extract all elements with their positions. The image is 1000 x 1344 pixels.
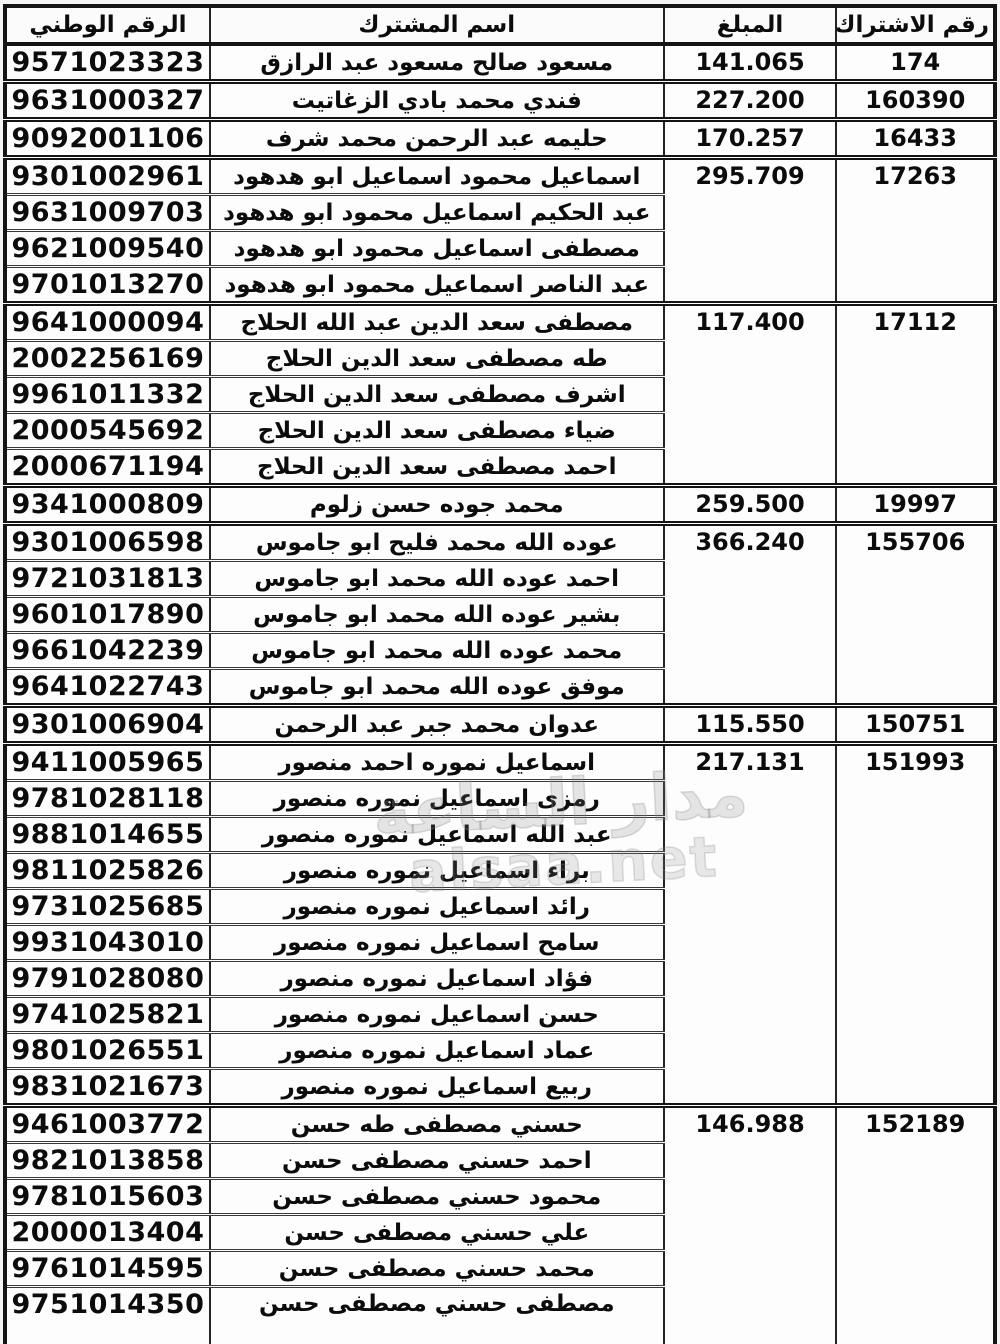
subscriber-name-cell: اشرف مصطفى سعد الدين الحلاج [210, 377, 664, 413]
member-row: 151993217.131اسماعيل نموره احمد منصور941… [5, 744, 995, 781]
national-id-cell: 2002256169 [5, 341, 210, 377]
amount-cell: 217.131 [664, 744, 837, 1106]
subscriber-name-cell: حسني مصطفى طه حسن [210, 1106, 664, 1143]
subscription-no-cell: 152189 [836, 1106, 995, 1344]
subscriber-name-cell: مسعود صالح مسعود عبد الرازق [210, 44, 664, 82]
subscriber-name-cell: محمود حسني مصطفى حسن [210, 1179, 664, 1215]
national-id-cell: 9811025826 [5, 853, 210, 889]
subscriber-name-cell: مصطفى حسني مصطفى حسن [210, 1287, 664, 1344]
subscription-no-cell: 155706 [836, 524, 995, 706]
subscriber-name-cell: عدوان محمد جبر عبد الرحمن [210, 706, 664, 744]
header-national-id: الرقم الوطني [5, 6, 210, 44]
subscriber-name-cell: مصطفى اسماعيل محمود ابو هدهود [210, 231, 664, 267]
subscription-no-cell: 160390 [836, 82, 995, 120]
subscriber-name-cell: ربيع اسماعيل نموره منصور [210, 1069, 664, 1106]
national-id-cell: 2000671194 [5, 449, 210, 486]
member-row: 155706366.240عوده الله محمد فليح ابو جام… [5, 524, 995, 561]
national-id-cell: 9931043010 [5, 925, 210, 961]
member-row: 152189146.988حسني مصطفى طه حسن9461003772 [5, 1106, 995, 1143]
national-id-cell: 9701013270 [5, 267, 210, 304]
national-id-cell: 9801026551 [5, 1033, 210, 1069]
amount-cell: 227.200 [664, 82, 837, 120]
subscriber-name-cell: موفق عوده الله محمد ابو جاموس [210, 669, 664, 706]
national-id-cell: 9461003772 [5, 1106, 210, 1143]
subscription-no-cell: 174 [836, 44, 995, 82]
subscriber-name-cell: عبد الله اسماعيل نموره منصور [210, 817, 664, 853]
national-id-cell: 9631000327 [5, 82, 210, 120]
national-id-cell: 9791028080 [5, 961, 210, 997]
national-id-cell: 9571023323 [5, 44, 210, 82]
subscriber-name-cell: بشير عوده الله محمد ابو جاموس [210, 597, 664, 633]
member-row: 16433170.257حليمه عبد الرحمن محمد شرف909… [5, 120, 995, 158]
national-id-cell: 9341000809 [5, 486, 210, 524]
national-id-cell: 9601017890 [5, 597, 210, 633]
national-id-cell: 9731025685 [5, 889, 210, 925]
national-id-cell: 9301002961 [5, 158, 210, 195]
subscriber-name-cell: فندي محمد بادي الزغاتيت [210, 82, 664, 120]
member-row: 17263295.709اسماعيل محمود اسماعيل ابو هد… [5, 158, 995, 195]
subscriber-name-cell: اسماعيل نموره احمد منصور [210, 744, 664, 781]
national-id-cell: 9092001106 [5, 120, 210, 158]
subscriber-name-cell: حليمه عبد الرحمن محمد شرف [210, 120, 664, 158]
subscriber-name-cell: محمد حسني مصطفى حسن [210, 1251, 664, 1287]
subscriber-name-cell: فؤاد اسماعيل نموره منصور [210, 961, 664, 997]
national-id-cell: 9641000094 [5, 304, 210, 341]
national-id-cell: 9781015603 [5, 1179, 210, 1215]
subscription-no-cell: 17112 [836, 304, 995, 486]
table-body: 174141.065مسعود صالح مسعود عبد الرازق957… [5, 44, 995, 1344]
subscriber-name-cell: رائد اسماعيل نموره منصور [210, 889, 664, 925]
subscriber-name-cell: رمزى اسماعيل نموره منصور [210, 781, 664, 817]
header-row: رقم الاشتراك المبلغ اسم المشترك الرقم ال… [5, 6, 995, 44]
amount-cell: 295.709 [664, 158, 837, 304]
subscription-no-cell: 17263 [836, 158, 995, 304]
document-page: رقم الاشتراك المبلغ اسم المشترك الرقم ال… [0, 0, 1000, 1344]
subscription-no-cell: 16433 [836, 120, 995, 158]
national-id-cell: 9411005965 [5, 744, 210, 781]
subscription-no-cell: 19997 [836, 486, 995, 524]
subscriber-name-cell: علي حسني مصطفى حسن [210, 1215, 664, 1251]
amount-cell: 366.240 [664, 524, 837, 706]
subscribers-table: رقم الاشتراك المبلغ اسم المشترك الرقم ال… [3, 4, 997, 1344]
subscriber-name-cell: سامح اسماعيل نموره منصور [210, 925, 664, 961]
national-id-cell: 9631009703 [5, 195, 210, 231]
subscriber-name-cell: ضياء مصطفى سعد الدين الحلاج [210, 413, 664, 449]
subscriber-name-cell: عماد اسماعيل نموره منصور [210, 1033, 664, 1069]
national-id-cell: 9961011332 [5, 377, 210, 413]
national-id-cell: 9621009540 [5, 231, 210, 267]
amount-cell: 117.400 [664, 304, 837, 486]
member-row: 150751115.550عدوان محمد جبر عبد الرحمن93… [5, 706, 995, 744]
subscriber-name-cell: حسن اسماعيل نموره منصور [210, 997, 664, 1033]
subscriber-name-cell: عبد الحكيم اسماعيل محمود ابو هدهود [210, 195, 664, 231]
subscriber-name-cell: براء اسماعيل نموره منصور [210, 853, 664, 889]
subscription-no-cell: 151993 [836, 744, 995, 1106]
national-id-cell: 9641022743 [5, 669, 210, 706]
subscriber-name-cell: طه مصطفى سعد الدين الحلاج [210, 341, 664, 377]
subscription-no-cell: 150751 [836, 706, 995, 744]
national-id-cell: 9661042239 [5, 633, 210, 669]
subscriber-name-cell: عوده الله محمد فليح ابو جاموس [210, 524, 664, 561]
subscriber-name-cell: احمد مصطفى سعد الدين الحلاج [210, 449, 664, 486]
subscriber-name-cell: احمد حسني مصطفى حسن [210, 1143, 664, 1179]
amount-cell: 146.988 [664, 1106, 837, 1344]
national-id-cell: 2000013404 [5, 1215, 210, 1251]
amount-cell: 141.065 [664, 44, 837, 82]
amount-cell: 259.500 [664, 486, 837, 524]
national-id-cell: 9741025821 [5, 997, 210, 1033]
national-id-cell: 2000545692 [5, 413, 210, 449]
national-id-cell: 9881014655 [5, 817, 210, 853]
subscriber-name-cell: عبد الناصر اسماعيل محمود ابو هدهود [210, 267, 664, 304]
header-amount: المبلغ [664, 6, 837, 44]
national-id-cell: 9721031813 [5, 561, 210, 597]
header-subscription-no: رقم الاشتراك [836, 6, 995, 44]
member-row: 17112117.400مصطفى سعد الدين عبد الله الح… [5, 304, 995, 341]
national-id-cell: 9781028118 [5, 781, 210, 817]
member-row: 174141.065مسعود صالح مسعود عبد الرازق957… [5, 44, 995, 82]
amount-cell: 170.257 [664, 120, 837, 158]
national-id-cell: 9301006904 [5, 706, 210, 744]
subscriber-name-cell: مصطفى سعد الدين عبد الله الحلاج [210, 304, 664, 341]
national-id-cell: 9821013858 [5, 1143, 210, 1179]
subscriber-name-cell: محمد عوده الله محمد ابو جاموس [210, 633, 664, 669]
member-row: 19997259.500محمد جوده حسن زلوم9341000809 [5, 486, 995, 524]
national-id-cell: 9301006598 [5, 524, 210, 561]
subscriber-name-cell: محمد جوده حسن زلوم [210, 486, 664, 524]
amount-cell: 115.550 [664, 706, 837, 744]
member-row: 160390227.200فندي محمد بادي الزغاتيت9631… [5, 82, 995, 120]
header-subscriber-name: اسم المشترك [210, 6, 664, 44]
subscriber-name-cell: احمد عوده الله محمد ابو جاموس [210, 561, 664, 597]
national-id-cell: 9751014350 [5, 1287, 210, 1344]
national-id-cell: 9831021673 [5, 1069, 210, 1106]
subscriber-name-cell: اسماعيل محمود اسماعيل ابو هدهود [210, 158, 664, 195]
national-id-cell: 9761014595 [5, 1251, 210, 1287]
